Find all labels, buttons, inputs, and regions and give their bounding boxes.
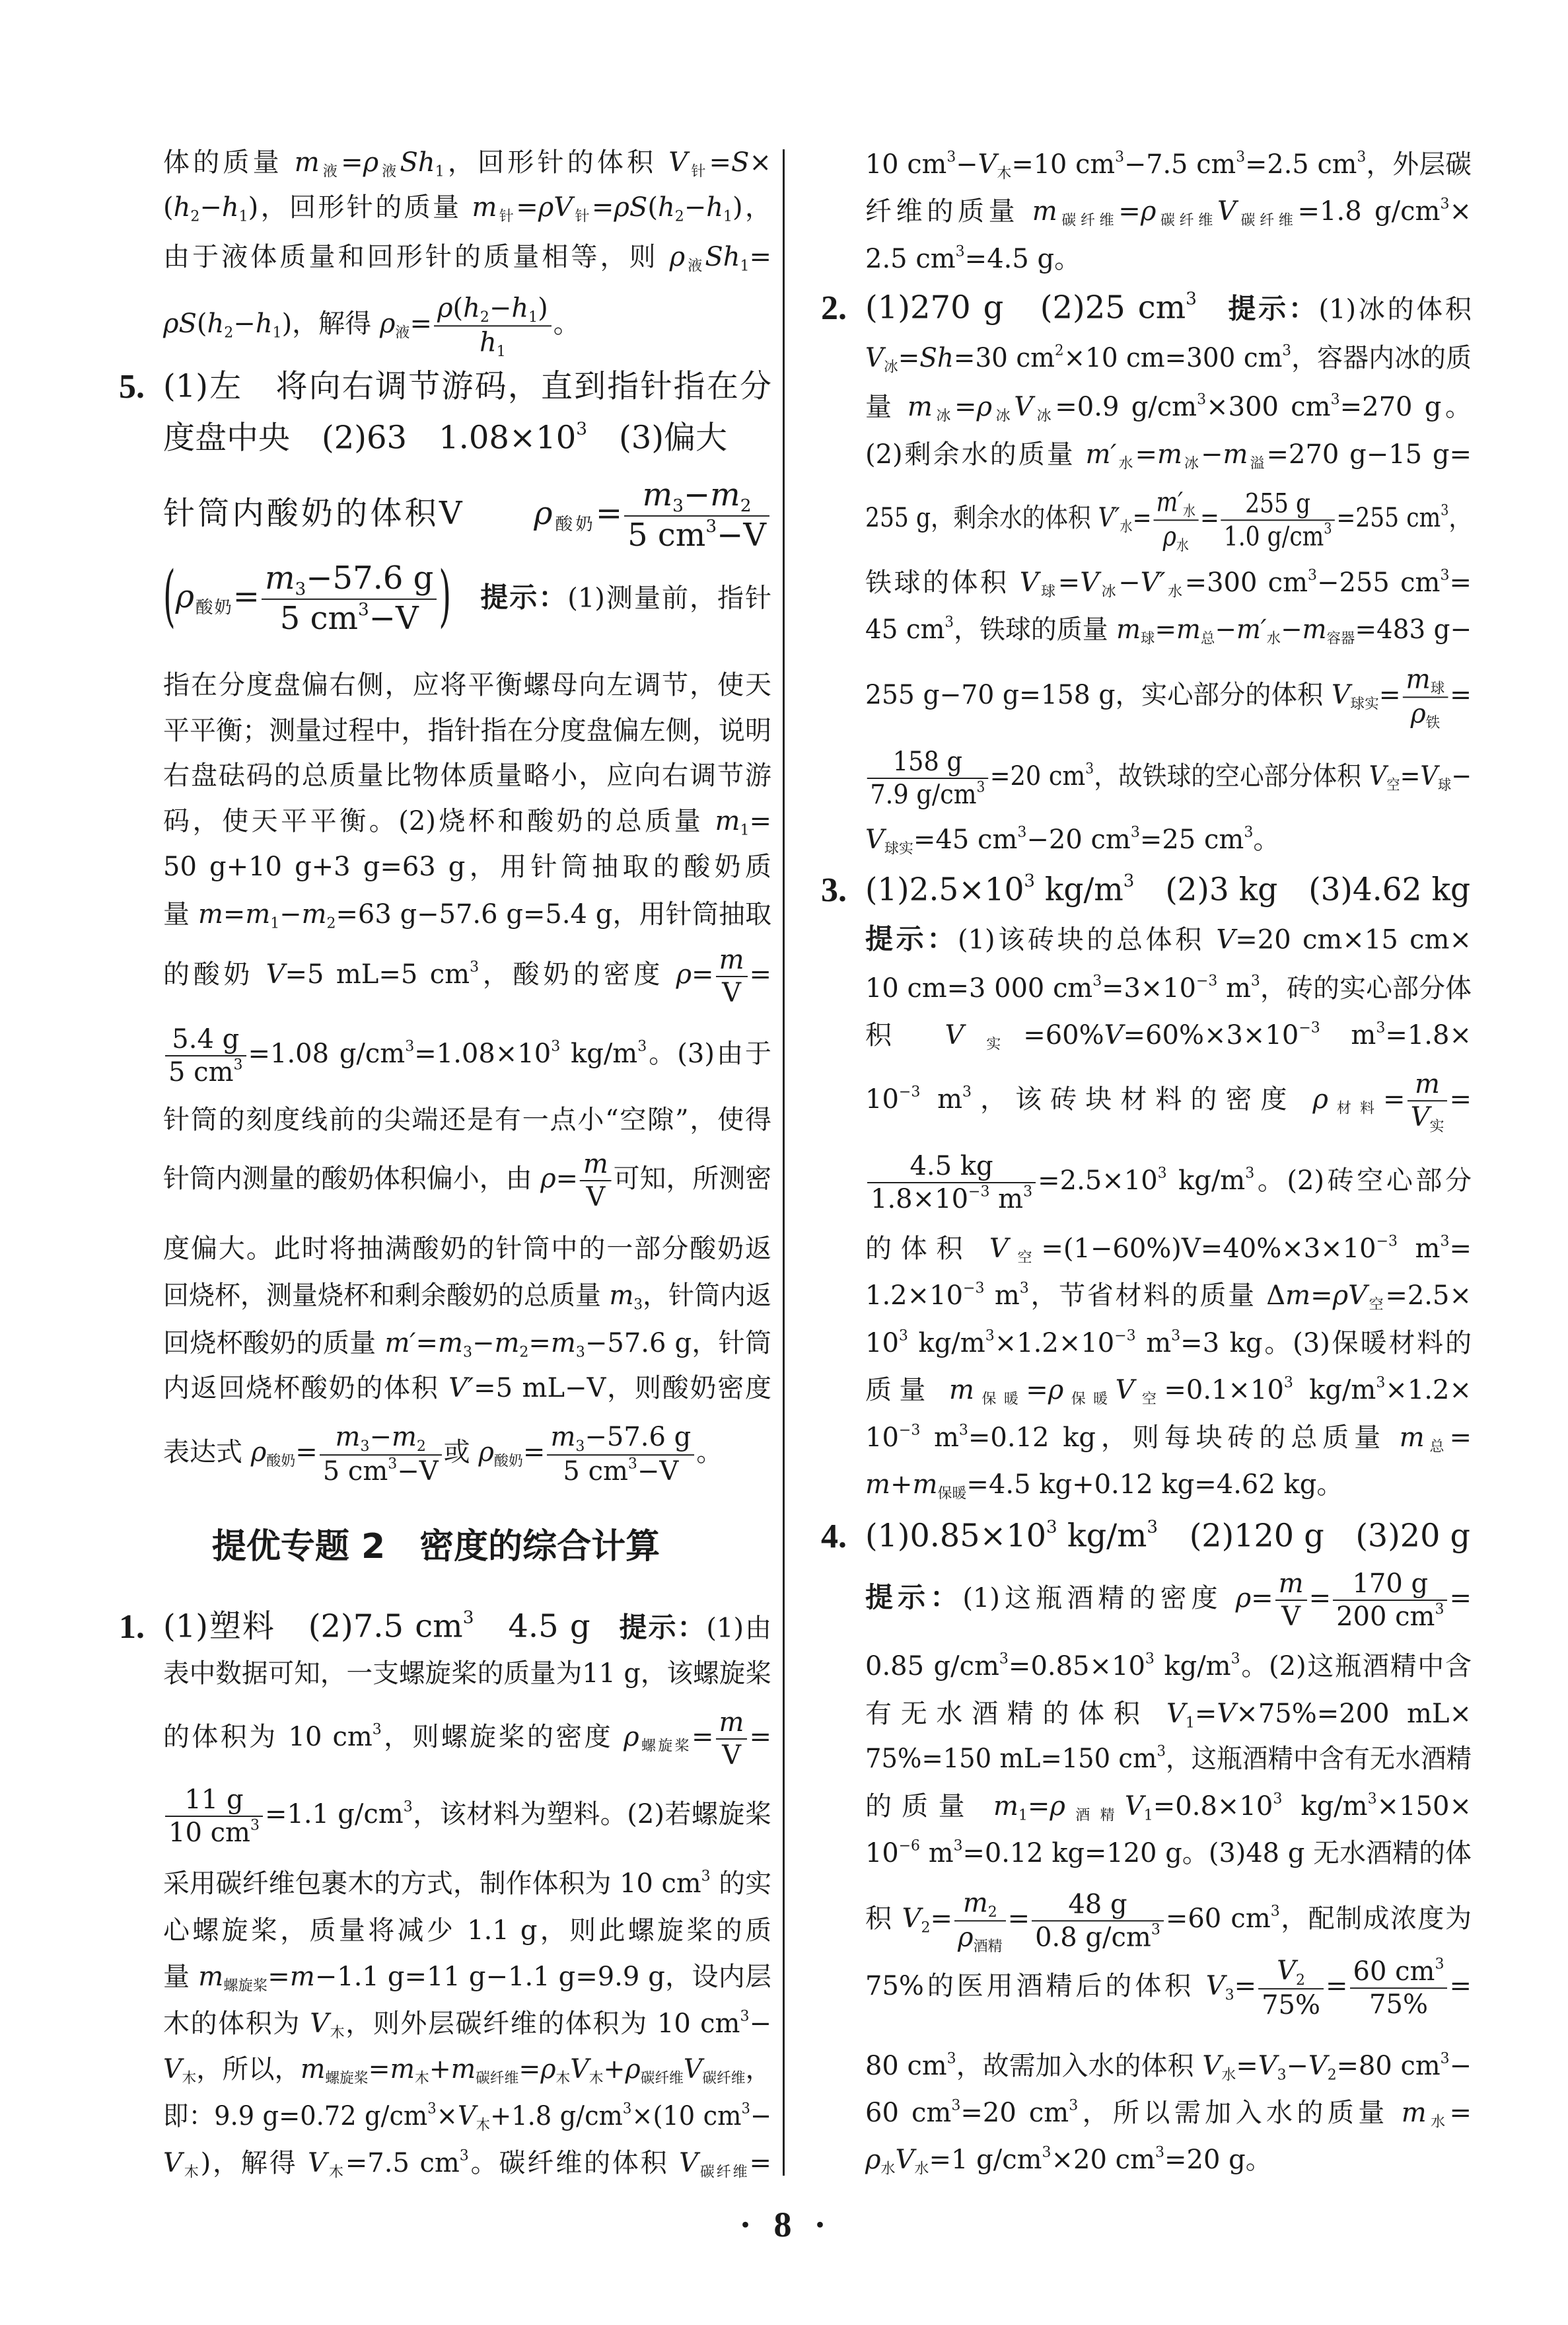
math-variable: ρ bbox=[380, 309, 396, 339]
text-run: = bbox=[1449, 1084, 1472, 1115]
text-run: −57.6 g，针筒 bbox=[585, 1328, 771, 1358]
math-variable: V bbox=[1014, 392, 1033, 422]
text-run: +1.8 g/cm bbox=[490, 2101, 623, 2131]
text-line: 由于液体质量和回形针的质量相等，则 ρ液Sh1= bbox=[163, 237, 771, 277]
fraction: 5.4 g5 cm3 bbox=[165, 1023, 246, 1088]
answer-text: (1)0.85×103 kg/m3 (2)120 g (3)20 g bbox=[865, 1518, 1470, 1555]
math-variable: m′ bbox=[1156, 487, 1183, 517]
fraction-numerator: 4.5 kg bbox=[867, 1150, 1036, 1183]
text-run: 3 bbox=[1308, 567, 1317, 583]
text-run: 60 cm bbox=[1353, 1956, 1435, 1987]
math-variable: V bbox=[684, 2054, 702, 2085]
text-run: V bbox=[586, 1182, 605, 1212]
text-run: − bbox=[750, 2101, 771, 2131]
math-variable: m bbox=[550, 1422, 575, 1452]
math-variable: m bbox=[1402, 2098, 1427, 2128]
superscript: 3 bbox=[1186, 288, 1197, 309]
math-variable: ρ bbox=[1141, 196, 1157, 227]
subscript: 水 bbox=[1176, 538, 1189, 554]
math-variable: V bbox=[1104, 1020, 1123, 1051]
text-run: =1.8 g/cm bbox=[1298, 196, 1441, 227]
text-run: =255 cm bbox=[1336, 503, 1441, 533]
subscript: 2 bbox=[988, 1904, 997, 1921]
text-line: 10 cm=3 000 cm3=3×10−3 m3，砖的实心部分体 bbox=[865, 969, 1472, 1008]
text-run: 容器 bbox=[1326, 631, 1355, 647]
text-run: = bbox=[1234, 1971, 1257, 2001]
text-run: )， bbox=[732, 192, 771, 223]
subscript: 酸奶 bbox=[494, 1454, 523, 1470]
subscript: 空 bbox=[1386, 778, 1400, 794]
superscript: 3 bbox=[1441, 2050, 1450, 2067]
text-line: 即：9.9 g=0.72 g/cm3×V木+1.8 g/cm3×(10 cm3− bbox=[163, 2096, 771, 2136]
text-run: 碳纤维 bbox=[1236, 213, 1298, 229]
text-run: ，这瓶酒精中含有无水酒精 bbox=[1166, 1744, 1472, 1774]
text-run: =270 g。 bbox=[1340, 392, 1472, 422]
subscript: 空 bbox=[1009, 1250, 1042, 1267]
text-run: 80 cm bbox=[865, 2051, 947, 2081]
text-run: 回烧杯，测量烧杯和剩余酸奶的总质量 bbox=[163, 1280, 609, 1311]
text-run: − bbox=[1450, 2051, 1472, 2081]
fraction: mV bbox=[716, 1707, 748, 1771]
text-run: − bbox=[1201, 439, 1223, 470]
text-run: ， bbox=[1448, 503, 1472, 533]
text-run: 4.5 g bbox=[474, 1608, 590, 1645]
text-run: 3 bbox=[1376, 1019, 1385, 1036]
superscript: 3 bbox=[1376, 1374, 1385, 1391]
math-variable: V bbox=[1202, 2051, 1221, 2081]
superscript: 3 bbox=[250, 1817, 260, 1833]
text-run: 空 bbox=[1386, 778, 1400, 794]
text-run: 碳纤维 bbox=[1057, 213, 1119, 229]
text-line: 度盘中央 (2)63 1.08×103 (3)偏大 bbox=[163, 418, 729, 460]
fraction-numerator: m3−m2 bbox=[320, 1421, 442, 1456]
superscript: 3 bbox=[1042, 2144, 1051, 2160]
math-variable: h bbox=[256, 309, 273, 339]
text-run: −3 bbox=[1114, 1327, 1135, 1344]
text-run: 2 bbox=[921, 1920, 931, 1937]
subscript: 溢 bbox=[1248, 456, 1266, 472]
text-run: 实 bbox=[1429, 1119, 1444, 1135]
text-run: =20 cm bbox=[990, 761, 1086, 792]
superscript: 3 bbox=[951, 2097, 960, 2114]
math-variable: h bbox=[658, 192, 675, 223]
fraction-denominator: 200 cm3 bbox=[1333, 1601, 1447, 1633]
math-variable: m′ bbox=[384, 1328, 415, 1358]
fraction-numerator: 5.4 g bbox=[165, 1023, 246, 1056]
text-run: 针筒的刻度线前的尖端还是有一点小“空隙”，使得 bbox=[163, 1105, 771, 1135]
fraction-denominator: h1 bbox=[434, 326, 552, 359]
text-run: = bbox=[369, 2054, 390, 2085]
fraction-denominator: ρ铁 bbox=[1403, 698, 1448, 731]
math-variable: h bbox=[706, 192, 723, 223]
text-run: 表达式 bbox=[163, 1437, 251, 1467]
text-run: 水 bbox=[1166, 584, 1185, 601]
text-run: 木 bbox=[555, 2071, 570, 2087]
text-run: 的酸奶 bbox=[163, 959, 266, 990]
text-run: − bbox=[279, 899, 301, 930]
subscript: 1 bbox=[528, 309, 538, 326]
math-variable: ρ bbox=[1236, 1583, 1252, 1613]
text-run: 水 bbox=[1267, 631, 1281, 647]
text-run: 3 bbox=[358, 599, 369, 619]
subscript: 碳纤维 bbox=[476, 2071, 518, 2087]
text-run: 48 g bbox=[1068, 1889, 1127, 1919]
text-run: 质量 bbox=[865, 1375, 949, 1405]
text-line: (ρ酸奶=m3−57.6 g5 cm3−V) 提示：(1)测量前，指针 bbox=[163, 560, 771, 638]
subscript: 碳纤维 bbox=[698, 2164, 749, 2181]
math-variable: m bbox=[865, 1469, 890, 1500]
text-run: 255 g−70 g=158 g，实心部分的体积 bbox=[865, 680, 1332, 710]
text-run: ，则螺旋桨的密度 bbox=[382, 1722, 624, 1752]
fraction-denominator: 75% bbox=[1258, 1989, 1324, 2021]
math-variable: ρ bbox=[1312, 1084, 1328, 1115]
fraction-denominator: 5 cm3−V bbox=[547, 1456, 694, 1487]
math-variable: m bbox=[295, 147, 320, 178]
math-variable: V bbox=[1411, 1102, 1430, 1132]
text-run: 的体积 bbox=[865, 1234, 989, 1264]
superscript: 3 bbox=[1158, 1165, 1167, 1181]
math-variable: m bbox=[949, 1375, 974, 1405]
text-run: 酒精 bbox=[974, 1938, 1003, 1955]
text-run: + bbox=[604, 2054, 625, 2085]
page-number-dot: · bbox=[739, 2205, 751, 2244]
text-run: 体的质量 bbox=[163, 147, 295, 178]
text-run: ，该砖块材料的密度 bbox=[972, 1084, 1312, 1115]
subscript: 1 bbox=[1144, 1808, 1153, 1824]
text-run: =25 cm bbox=[1140, 825, 1244, 855]
superscript: −6 bbox=[899, 1837, 920, 1854]
text-run: 2 bbox=[988, 1904, 997, 1921]
text-run: (1)塑料 (2)7.5 cm bbox=[163, 1608, 463, 1645]
text-line: 的酸奶 V=5 mL=5 cm3，酸奶的密度 ρ=mV= bbox=[163, 944, 771, 1009]
text-line: 木的体积为 V木，则外层碳纤维的体积为 10 cm3− bbox=[163, 2004, 771, 2044]
text-run: 右盘砝码的总质量比物体质量略小，应向右调节游 bbox=[163, 760, 771, 791]
text-run: ×150× bbox=[1377, 1791, 1472, 1822]
text-run: 空 bbox=[1367, 1297, 1385, 1313]
text-run: 3 bbox=[672, 496, 684, 516]
text-run: −V bbox=[637, 1456, 678, 1487]
text-run: 。 bbox=[1253, 825, 1279, 855]
math-variable: V bbox=[163, 2054, 182, 2085]
answer-text: (1)塑料 (2)7.5 cm3 4.5 g bbox=[163, 1608, 590, 1645]
text-run: m bbox=[1320, 1020, 1376, 1051]
subscript: 球实 bbox=[884, 841, 913, 858]
text-run: = bbox=[1008, 1903, 1030, 1934]
superscript: 3 bbox=[358, 599, 369, 619]
superscript: 3 bbox=[956, 243, 965, 260]
item-number: 3. bbox=[821, 871, 847, 910]
text-run: 3 bbox=[1024, 870, 1035, 891]
hint-label: 提示： bbox=[865, 1581, 962, 1613]
text-run: 3 bbox=[1277, 2067, 1287, 2084]
subscript: 碳纤维 bbox=[1156, 213, 1217, 229]
text-run: 碳纤维 bbox=[702, 2071, 745, 2087]
fraction: V275% bbox=[1258, 1955, 1324, 2021]
text-run: 实 bbox=[964, 1037, 1023, 1053]
subscript: 液 bbox=[320, 164, 341, 180]
text-run: 3 bbox=[470, 959, 479, 975]
subscript: 针 bbox=[688, 164, 709, 180]
text-run: 2 bbox=[190, 209, 199, 225]
text-run: = bbox=[592, 192, 614, 223]
text-run: = bbox=[749, 242, 771, 272]
fraction-numerator: 48 g bbox=[1032, 1888, 1164, 1921]
text-run: − bbox=[233, 309, 256, 339]
subscript: 实 bbox=[1429, 1119, 1444, 1135]
text-run: 螺旋桨 bbox=[223, 1978, 267, 1995]
text-run: = bbox=[596, 495, 622, 532]
item-number: 1. bbox=[119, 1607, 145, 1647]
text-run: − bbox=[1118, 568, 1141, 598]
text-run: 10 cm bbox=[168, 1818, 250, 1848]
text-run: 3 bbox=[1236, 149, 1245, 165]
text-run: 3 bbox=[1092, 973, 1102, 989]
subscript: 水 bbox=[1120, 519, 1132, 536]
text-run: 3 bbox=[1244, 824, 1253, 840]
superscript: 3 bbox=[404, 1798, 413, 1815]
text-run: 3 bbox=[705, 515, 717, 536]
math-variable: Sh bbox=[705, 242, 740, 272]
math-variable: ρ bbox=[676, 959, 692, 990]
text-run: 3 bbox=[740, 2008, 749, 2024]
text-run: 。碳纤维的体积 bbox=[469, 2148, 679, 2178]
text-run: 3 bbox=[1284, 1374, 1293, 1391]
answer-text: 度盘中央 (2)63 1.08×103 (3)偏大 bbox=[163, 420, 727, 457]
hint-label: 提示： bbox=[865, 923, 958, 955]
text-run: 3 bbox=[360, 1438, 369, 1455]
superscript: 3 bbox=[373, 1721, 382, 1738]
text-run: m bbox=[989, 1184, 1023, 1214]
text-run: 3 bbox=[1435, 1601, 1444, 1617]
text-run: 1 bbox=[270, 916, 279, 932]
text-line: 心螺旋桨，质量将减少 1.1 g，则此螺旋桨的质 bbox=[163, 1911, 771, 1950]
text-line: 255 g，剩余水的体积 V′水=m′水ρ水=255 g1.0 g/cm3=25… bbox=[865, 486, 1472, 553]
text-run: + bbox=[890, 1469, 913, 1500]
text-line: m+m保暖=4.5 kg+0.12 kg=4.62 kg。 bbox=[865, 1465, 1344, 1504]
text-run: 3 bbox=[1245, 1165, 1254, 1181]
text-run: 3 bbox=[899, 1327, 908, 1344]
text-line: 10−3 m3，该砖块材料的密度 ρ材料=mV实= bbox=[865, 1068, 1472, 1134]
text-run: ( bbox=[647, 192, 658, 223]
text-line: 1.2×10−3 m3，节省材料的质量 Δm=ρV空=2.5× bbox=[865, 1276, 1472, 1315]
text-run: 3 bbox=[985, 1327, 995, 1344]
text-run: 255 g bbox=[1245, 488, 1310, 519]
subscript: 保暖 bbox=[974, 1391, 1026, 1408]
math-variable: Sh bbox=[919, 343, 954, 373]
text-run: 指在分度盘偏右侧，应将平衡螺母向左调节，使天 bbox=[163, 670, 771, 700]
text-run: ×300 cm bbox=[1206, 392, 1331, 422]
math-variable: V bbox=[570, 2054, 588, 2085]
text-run: = bbox=[295, 1437, 318, 1467]
superscript: 3 bbox=[551, 1038, 560, 1054]
math-variable: m bbox=[392, 1422, 417, 1452]
text-run: 75%=150 mL=150 cm bbox=[865, 1744, 1157, 1774]
fraction-numerator: m3−57.6 g bbox=[547, 1421, 694, 1456]
text-run: = bbox=[528, 1328, 551, 1358]
fraction: m3−57.6 g5 cm3−V bbox=[547, 1421, 694, 1487]
math-variable: m bbox=[908, 392, 933, 422]
superscript: 3 bbox=[1271, 1903, 1280, 1919]
math-variable: ρ bbox=[625, 2054, 641, 2085]
fraction-denominator: 0.8 g/cm3 bbox=[1032, 1921, 1164, 1953]
text-run: 3 bbox=[1225, 1987, 1234, 2004]
text-run: 采用碳纤维包裹木的方式，制作体积为 10 cm bbox=[163, 1868, 701, 1899]
text-run: 冰 bbox=[1033, 408, 1055, 425]
answer-line: (1)塑料 (2)7.5 cm3 4.5 g 提示：(1)由 bbox=[163, 1607, 771, 1648]
text-run: 平平衡；测量过程中，指针指在分度盘偏左侧，说明 bbox=[163, 716, 771, 746]
text-run: −V bbox=[717, 517, 766, 554]
subscript: 3 bbox=[672, 496, 684, 516]
answer-text: (ρ酸奶=m3−57.6 g5 cm3−V) bbox=[163, 578, 451, 615]
math-variable: m bbox=[1400, 1422, 1425, 1453]
text-line: 0.85 g/cm3=0.85×103 kg/m3。(2)这瓶酒精中含 bbox=[865, 1646, 1472, 1686]
math-variable: V bbox=[266, 959, 285, 990]
math-variable: ρ bbox=[251, 1437, 267, 1467]
fraction-denominator: 5 cm3−V bbox=[624, 517, 769, 555]
text-run: 3 bbox=[388, 1456, 397, 1472]
fraction-denominator: V bbox=[580, 1181, 612, 1213]
superscript: 3 bbox=[388, 1456, 397, 1472]
text-run: −V bbox=[369, 600, 419, 637]
math-variable: V bbox=[1217, 1699, 1236, 1729]
subscript: 碳纤维 bbox=[641, 2071, 684, 2087]
text-line: 有无水酒精的体积 V1=V×75%=200 mL× bbox=[865, 1694, 1472, 1734]
subscript: 酸奶 bbox=[552, 514, 595, 535]
text-run: = bbox=[1449, 1422, 1472, 1453]
math-variable: ρ bbox=[670, 242, 686, 272]
text-run: 内返回烧杯酸奶的体积 bbox=[163, 1373, 448, 1403]
superscript: 3 bbox=[1331, 391, 1340, 408]
math-variable: ρ bbox=[540, 1163, 555, 1194]
superscript: 3 bbox=[1435, 1956, 1444, 1972]
subscript: 2 bbox=[480, 309, 489, 326]
superscript: 3 bbox=[576, 418, 587, 439]
subscript: 3 bbox=[463, 1345, 472, 1361]
subscript: 2 bbox=[417, 1438, 426, 1455]
fraction-numerator: m bbox=[580, 1148, 612, 1181]
superscript: 3 bbox=[1376, 1019, 1385, 1036]
text-run: −3 bbox=[1196, 973, 1217, 989]
text-run: 3 bbox=[959, 1422, 968, 1438]
text-line: 平平衡；测量过程中，指针指在分度盘偏左侧，说明 bbox=[163, 711, 771, 751]
fraction-denominator: V bbox=[716, 1740, 748, 1771]
text-run: 碳纤维 bbox=[641, 2071, 684, 2087]
text-run: =1.08 g/cm bbox=[248, 1039, 406, 1069]
fraction-numerator: m bbox=[1275, 1568, 1307, 1601]
subscript: 2 bbox=[1296, 1972, 1305, 1989]
text-run: = bbox=[1155, 614, 1176, 645]
math-variable: V bbox=[1125, 1791, 1144, 1822]
subscript: 保暖 bbox=[1063, 1391, 1115, 1408]
subscript: 木 bbox=[327, 2164, 345, 2181]
subscript: 3 bbox=[576, 1345, 585, 1361]
superscript: −3 bbox=[899, 1084, 920, 1100]
subscript: 3 bbox=[1225, 1987, 1234, 2004]
text-run: =0.12 kg=120 g。(3)48 g 无水酒精的体 bbox=[963, 1838, 1472, 1868]
subscript: 螺旋桨 bbox=[639, 1738, 692, 1755]
text-run: 3 bbox=[1155, 2144, 1164, 2160]
text-run: = bbox=[749, 2148, 771, 2178]
fraction: 4.5 kg1.8×10−3 m3 bbox=[867, 1150, 1036, 1215]
text-run: 2 bbox=[1328, 2067, 1337, 2084]
text-run: 量 bbox=[163, 1962, 198, 1992]
subscript: 木 bbox=[182, 2164, 201, 2181]
text-run: 3 bbox=[551, 1038, 560, 1054]
text-run: 3 bbox=[623, 2100, 631, 2117]
math-variable: V bbox=[1020, 568, 1039, 598]
superscript: 3 bbox=[999, 1650, 1009, 1667]
text-run: 3 bbox=[1131, 824, 1140, 840]
text-run: − bbox=[1215, 614, 1236, 645]
fraction: m3−57.6 g5 cm3−V bbox=[262, 560, 437, 638]
text-run: 1 bbox=[740, 823, 749, 839]
text-run: 3 bbox=[427, 2100, 436, 2117]
text-run: 2 bbox=[675, 209, 684, 225]
superscript: 3 bbox=[463, 1607, 474, 1627]
text-run: =30 cm bbox=[954, 343, 1055, 373]
text-line: 75%=150 mL=150 cm3，这瓶酒精中含有无水酒精 bbox=[865, 1739, 1472, 1779]
text-run: 3 bbox=[1023, 1183, 1032, 1200]
text-run: 3 bbox=[250, 1817, 260, 1833]
text-line: 表中数据可知，一支螺旋桨的质量为11 g，该螺旋桨 bbox=[163, 1654, 771, 1693]
text-run: 碳纤维 bbox=[1156, 213, 1217, 229]
text-run: −V bbox=[397, 1456, 438, 1487]
superscript: 3 bbox=[1131, 824, 1140, 840]
section-heading: 提优专题 2 密度的综合计算 bbox=[211, 1527, 660, 1567]
text-run: 保暖 bbox=[1063, 1391, 1115, 1408]
subscript: 2 bbox=[1328, 2067, 1337, 2084]
math-variable: ρ bbox=[958, 1922, 974, 1952]
math-variable: V bbox=[945, 1020, 964, 1051]
text-run: 3 bbox=[1171, 1327, 1180, 1344]
superscript: 3 bbox=[1440, 196, 1449, 212]
text-run: 码，使天平平衡。(2)烧杯和酸奶的总质量 bbox=[163, 806, 715, 836]
text-run: 酸奶 bbox=[494, 1454, 523, 1470]
fraction-denominator: 1.8×10−3 m3 bbox=[867, 1183, 1036, 1215]
math-variable: V bbox=[310, 2009, 329, 2039]
text-run: 3 bbox=[1368, 1790, 1377, 1807]
text-run: 水 bbox=[1183, 503, 1195, 520]
math-variable: ρ bbox=[534, 495, 552, 532]
text-run: 提示： bbox=[480, 581, 567, 614]
fraction-denominator: 5 cm3−V bbox=[320, 1456, 442, 1487]
text-run: 液 bbox=[395, 325, 410, 342]
text-line: 的体积为 10 cm3，则螺旋桨的密度 ρ螺旋桨=mV= bbox=[163, 1707, 771, 1771]
text-run: 木 bbox=[182, 2071, 196, 2087]
superscript: 3 bbox=[1017, 824, 1026, 840]
text-run: 5.4 g bbox=[172, 1024, 239, 1054]
text-run: ) bbox=[538, 293, 548, 323]
superscript: 3 bbox=[1151, 1921, 1160, 1938]
text-run: 2.5 cm bbox=[865, 244, 956, 274]
answer-line: (1)左 将向右调节游码，直到指针指在分 bbox=[163, 367, 771, 408]
fraction-denominator: V bbox=[1275, 1601, 1307, 1633]
text-run: 纤维的质量 bbox=[865, 196, 1032, 227]
text-run: )，回形针的质量 bbox=[248, 192, 472, 223]
text-run: 球 bbox=[1141, 631, 1155, 647]
text-run: kg/m bbox=[560, 1039, 637, 1069]
superscript: 3 bbox=[1123, 870, 1134, 891]
text-run: − bbox=[199, 192, 222, 223]
subscript: 容器 bbox=[1326, 631, 1355, 647]
text-line: 158 g7.9 g/cm3=20 cm3，故铁球的空心部分体积 V空=V球− bbox=[865, 746, 1472, 811]
superscript: 3 bbox=[1147, 1516, 1158, 1537]
text-run: (1)2.5×10 bbox=[865, 871, 1024, 908]
text-run: = bbox=[1195, 1699, 1217, 1729]
text-line: ρS(h2−h1)，解得 ρ液=ρ(h2−h1)h1。 bbox=[163, 292, 581, 359]
text-run: −20 cm bbox=[1026, 825, 1130, 855]
text-run: 水 bbox=[914, 2161, 929, 2178]
